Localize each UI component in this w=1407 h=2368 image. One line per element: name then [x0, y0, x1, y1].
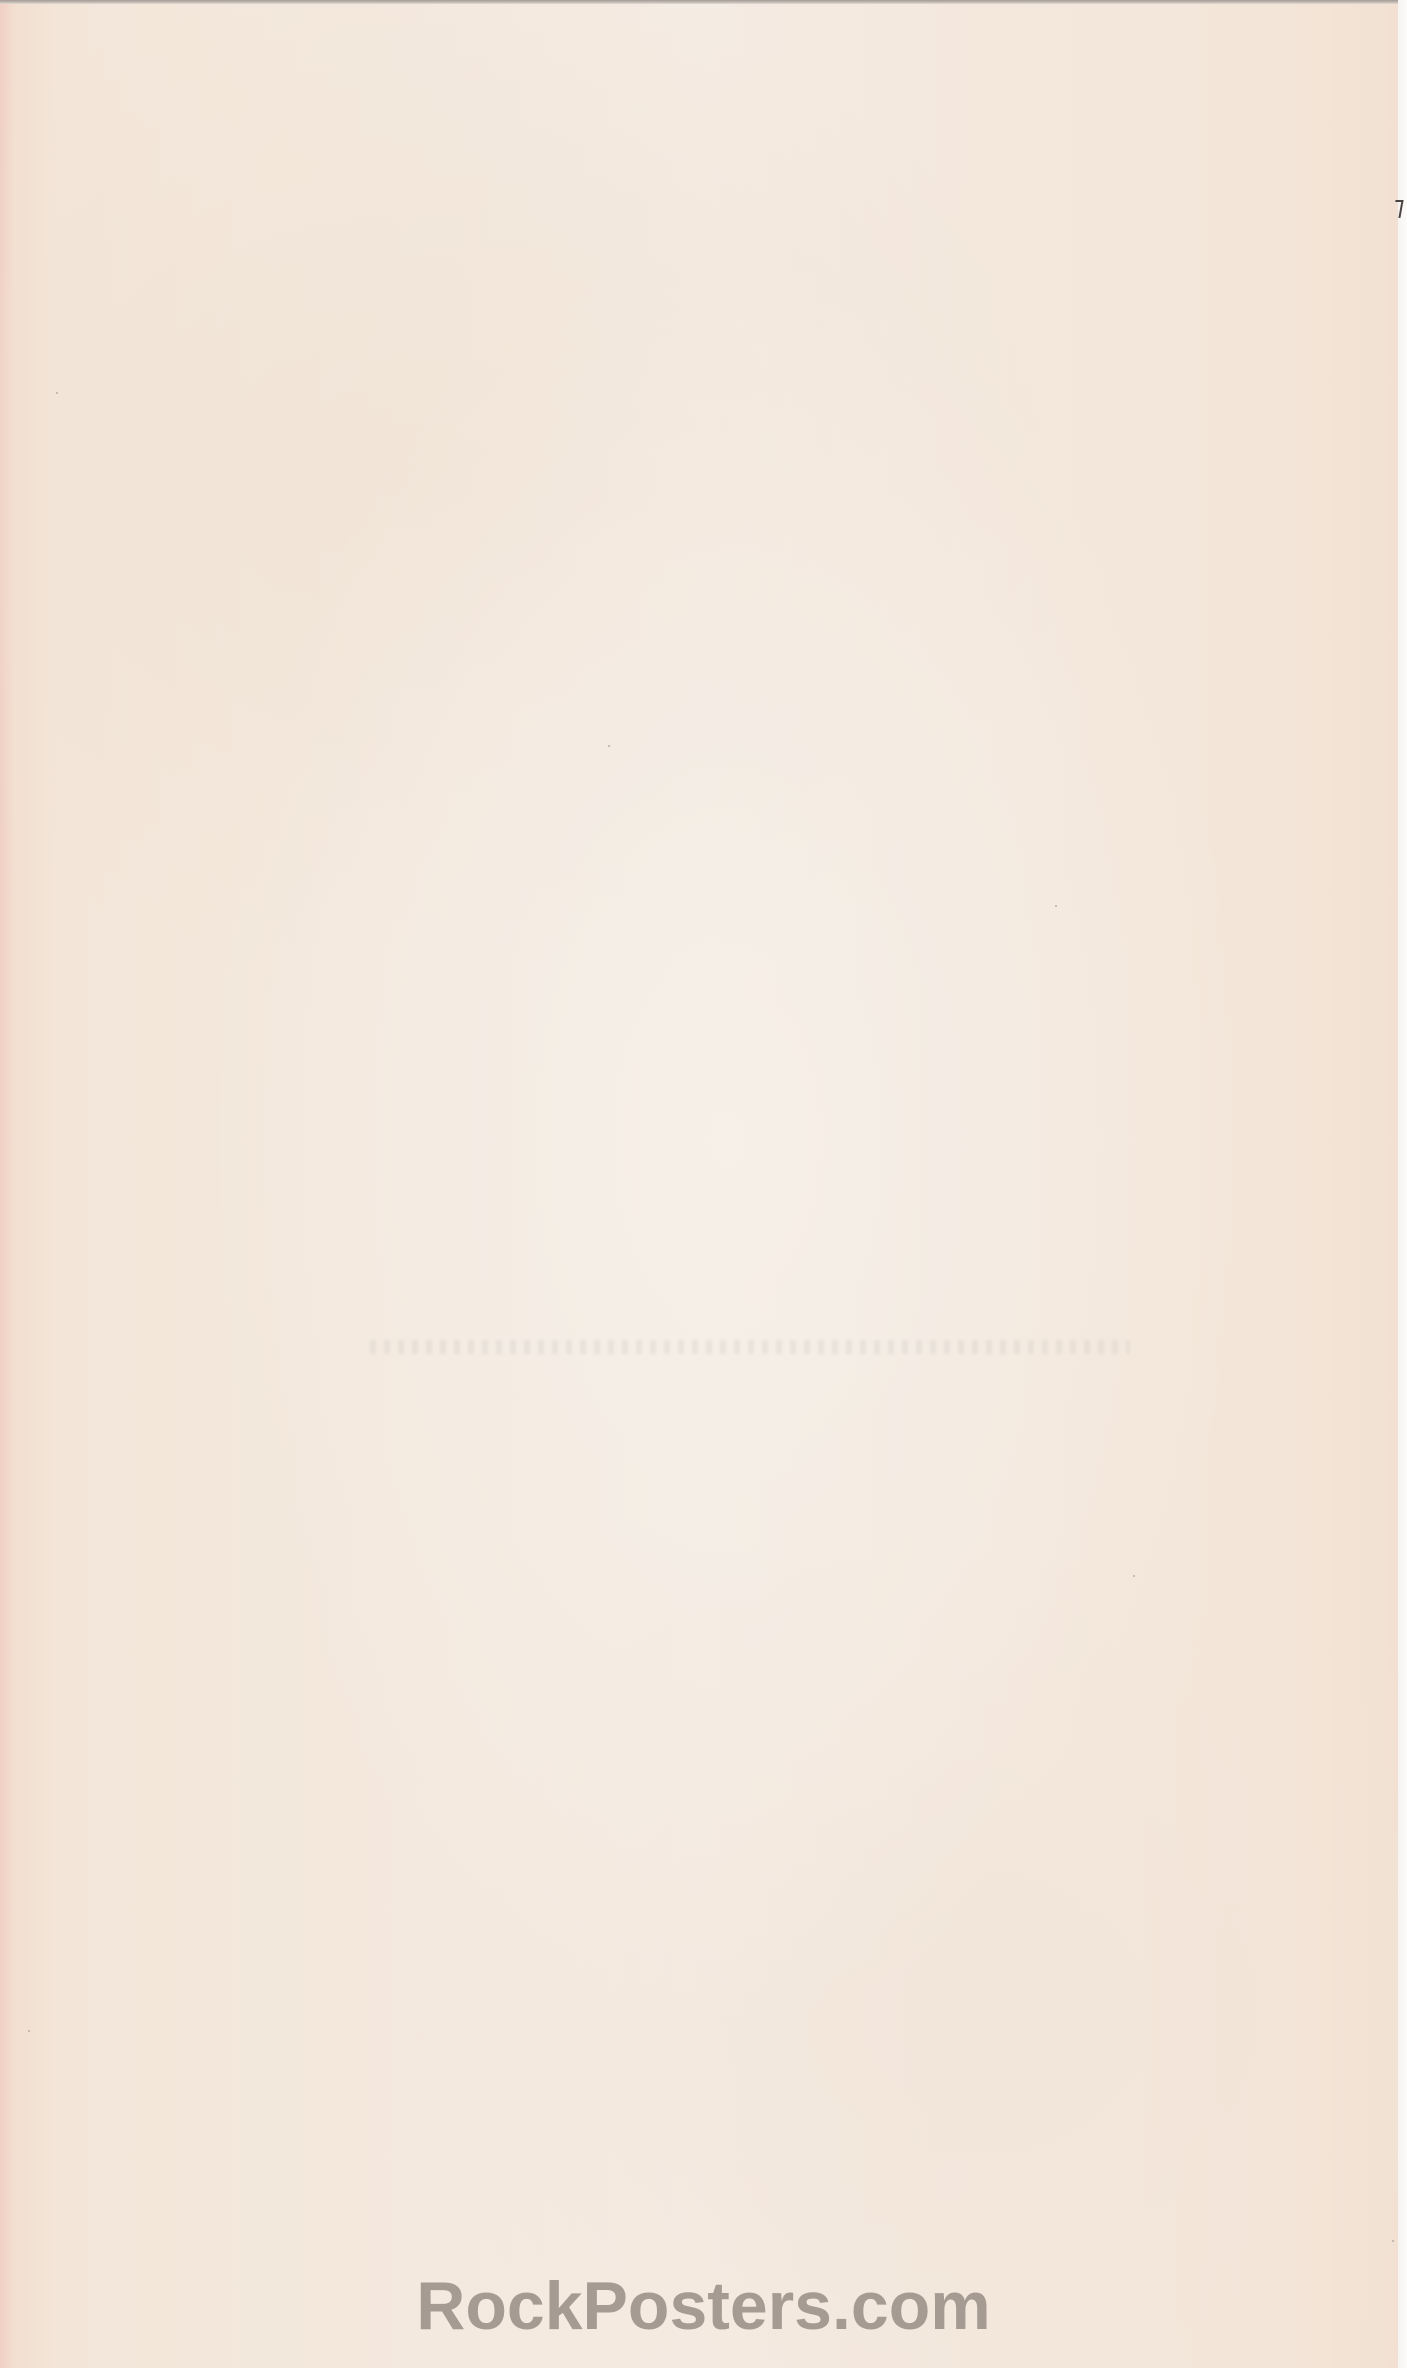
poster-paper: [0, 4, 1398, 2368]
paper-speck: [28, 2030, 30, 2032]
paper-speck: [1392, 2240, 1394, 2242]
watermark-text: RockPosters.com: [0, 2272, 1407, 2340]
paper-speck: [608, 745, 610, 747]
scan-background-strip: [1398, 0, 1407, 2368]
paper-speck: [56, 392, 58, 394]
paper-speck: [1055, 905, 1057, 907]
paper-speck: [1133, 1575, 1135, 1577]
faint-show-through-text: [370, 1340, 1130, 1354]
